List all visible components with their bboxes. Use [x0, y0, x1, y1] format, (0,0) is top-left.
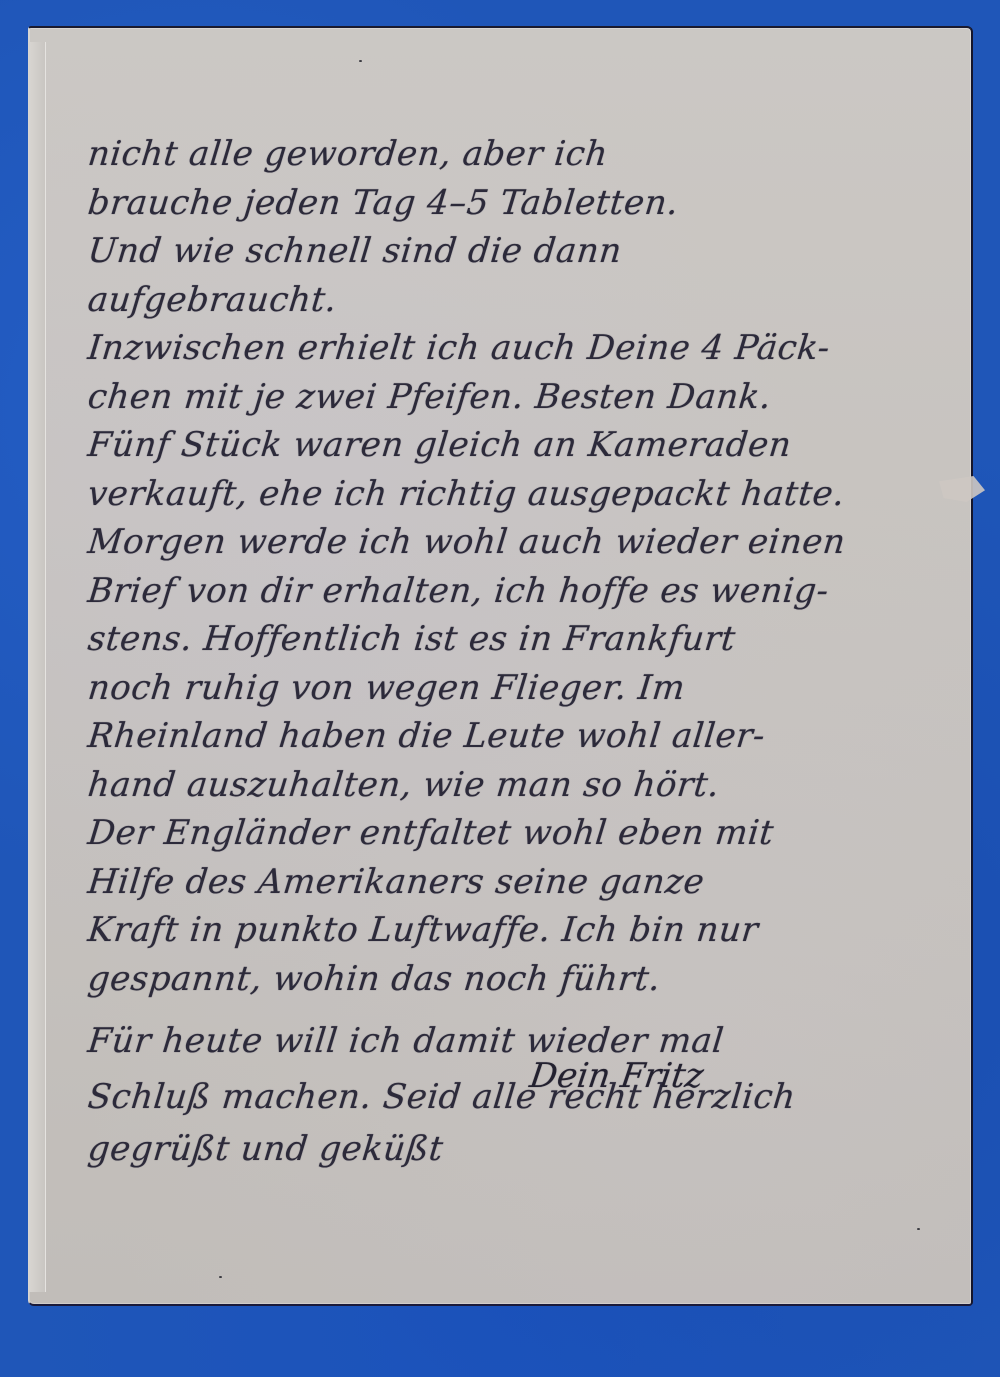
letter-body: nicht alle geworden, aber ich brauche je… — [88, 130, 968, 1174]
letter-line: hand auszuhalten, wie man so hört. — [85, 761, 970, 810]
letter-line: Der Engländer entfaltet wohl eben mit — [85, 809, 970, 858]
letter-line: gespannt, wohin das noch führt. — [85, 955, 970, 1004]
letter-line: stens. Hoffentlich ist es in Frankfurt — [85, 615, 970, 664]
letter-line: aufgebraucht. — [85, 276, 970, 325]
letter-line: Rheinland haben die Leute wohl aller- — [85, 712, 970, 761]
letter-line: noch ruhig von wegen Flieger. Im — [85, 664, 970, 713]
letter-line: Und wie schnell sind die dann — [85, 227, 970, 276]
signature: Dein Fritz — [527, 1056, 706, 1096]
letter-line: Hilfe des Amerikaners seine ganze — [85, 858, 970, 907]
letter-line: gegrüßt und geküßt — [85, 1125, 970, 1174]
letter-line: chen mit je zwei Pfeifen. Besten Dank. — [85, 373, 970, 422]
letter-line: Inzwischen erhielt ich auch Deine 4 Päck… — [85, 324, 970, 373]
letter-line: verkauft, ehe ich richtig ausgepackt hat… — [85, 470, 970, 519]
letter-line: Für heute will ich damit wieder mal — [85, 1013, 971, 1069]
letter-line: Brief von dir erhalten, ich hoffe es wen… — [85, 567, 970, 616]
letter-line: Kraft in punkto Luftwaffe. Ich bin nur — [85, 906, 970, 955]
paper-speck — [359, 60, 362, 62]
letter-line: Fünf Stück waren gleich an Kameraden — [85, 421, 970, 470]
paper-speck — [917, 1228, 920, 1230]
letter-line: Schluß machen. Seid alle recht herzlich — [85, 1069, 971, 1125]
letter-line: nicht alle geworden, aber ich — [85, 130, 970, 179]
letter-line: Morgen werde ich wohl auch wieder einen — [85, 518, 970, 567]
paper-speck — [219, 1276, 222, 1278]
letter-line: brauche jeden Tag 4–5 Tabletten. — [85, 179, 970, 228]
